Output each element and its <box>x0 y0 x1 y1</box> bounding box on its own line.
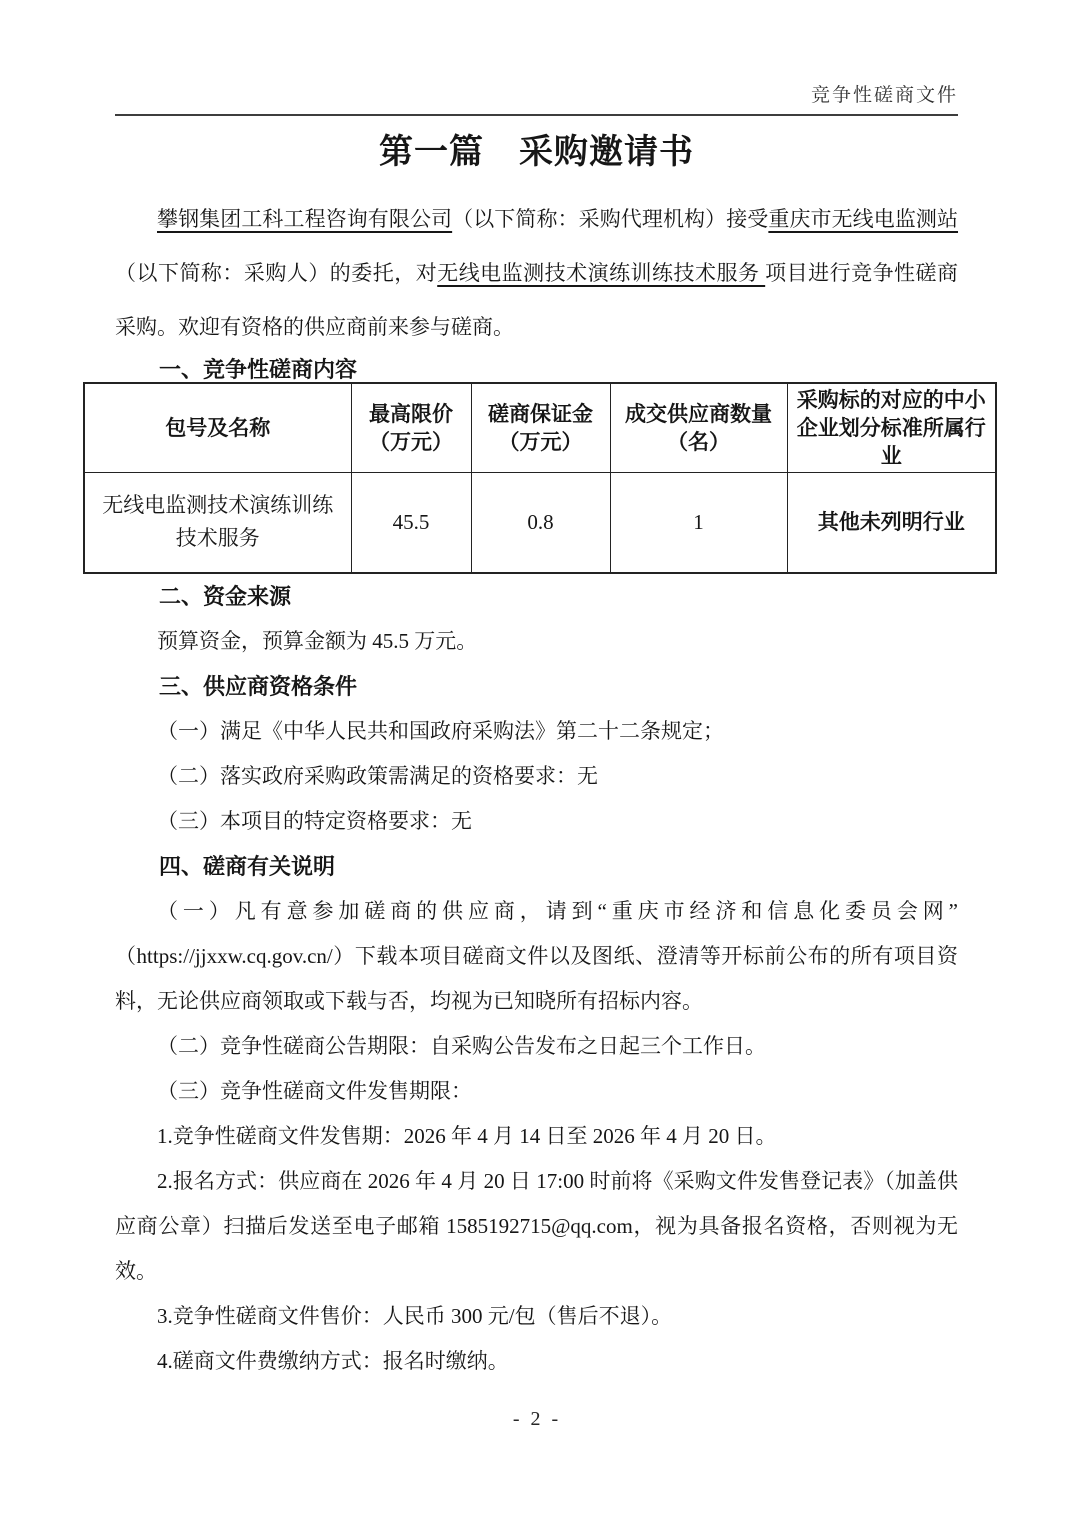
underlined-text-run: 无线电监测技术演练训练技术服务 <box>437 261 765 285</box>
paragraph: 4.磋商文件费缴纳方式：报名时缴纳。 <box>115 1339 958 1384</box>
table-cell: 无线电监测技术演练训练技术服务 <box>84 473 351 573</box>
page-title: 第一篇 采购邀请书 <box>115 132 958 174</box>
section-heading: 二、资金来源 <box>115 574 958 619</box>
table-header-cell: 最高限价（万元） <box>351 383 471 473</box>
table-header-cell: 成交供应商数量（名） <box>610 383 787 473</box>
table-row: 无线电监测技术演练训练技术服务45.50.81其他未列明行业 <box>84 473 996 573</box>
document-page: 竞争性磋商文件 第一篇 采购邀请书 攀钢集团工科工程咨询有限公司（以下简称：采购… <box>0 0 1074 1520</box>
underlined-text-run: 重庆市无线电监测站 <box>768 207 958 231</box>
section-heading: 四、磋商有关说明 <box>115 844 958 889</box>
section-heading: 三、供应商资格条件 <box>115 664 958 709</box>
content-table: 包号及名称最高限价（万元）磋商保证金（万元）成交供应商数量（名）采购标的对应的中… <box>83 382 997 574</box>
underlined-text-run: 攀钢集团工科工程咨询有限公司 <box>157 207 452 231</box>
paragraph: 3.竞争性磋商文件售价：人民币 300 元/包（售后不退）。 <box>115 1294 958 1339</box>
paragraph: （一）凡有意参加磋商的供应商，请到“重庆市经济和信息化委员会网”（https:/… <box>115 889 958 1024</box>
table-header-cell: 包号及名称 <box>84 383 351 473</box>
document-header-label: 竞争性磋商文件 <box>115 84 958 108</box>
page-number: - 2 - <box>0 1408 1074 1431</box>
text-run: （以下简称：采购代理机构）接受 <box>452 207 768 231</box>
table-cell: 其他未列明行业 <box>787 473 996 573</box>
table-cell: 45.5 <box>351 473 471 573</box>
table-header-cell: 磋商保证金（万元） <box>471 383 610 473</box>
paragraph: （三）本项目的特定资格要求：无 <box>115 799 958 844</box>
paragraph: （二）竞争性磋商公告期限：自采购公告发布之日起三个工作日。 <box>115 1024 958 1069</box>
paragraph: 1.竞争性磋商文件发售期：2026 年 4 月 14 日至 2026 年 4 月… <box>115 1114 958 1159</box>
table-header-cell: 采购标的对应的中小企业划分标准所属行业 <box>787 383 996 473</box>
table-cell: 1 <box>610 473 787 573</box>
intro-paragraph: 攀钢集团工科工程咨询有限公司（以下简称：采购代理机构）接受重庆市无线电监测站（以… <box>115 192 958 354</box>
header-rule <box>115 114 958 116</box>
paragraph: （三）竞争性磋商文件发售期限： <box>115 1069 958 1114</box>
text-run: （以下简称：采购人）的委托，对 <box>115 261 437 285</box>
table-header-row: 包号及名称最高限价（万元）磋商保证金（万元）成交供应商数量（名）采购标的对应的中… <box>84 383 996 473</box>
paragraph: （二）落实政府采购政策需满足的资格要求：无 <box>115 754 958 799</box>
document-body: 二、资金来源预算资金，预算金额为 45.5 万元。三、供应商资格条件（一）满足《… <box>115 574 958 1384</box>
paragraph: 预算资金，预算金额为 45.5 万元。 <box>115 619 958 664</box>
paragraph: （一）满足《中华人民共和国政府采购法》第二十二条规定； <box>115 709 958 754</box>
table-body: 无线电监测技术演练训练技术服务45.50.81其他未列明行业 <box>84 473 996 573</box>
paragraph: 2.报名方式：供应商在 2026 年 4 月 20 日 17:00 时前将《采购… <box>115 1159 958 1294</box>
table-cell: 0.8 <box>471 473 610 573</box>
